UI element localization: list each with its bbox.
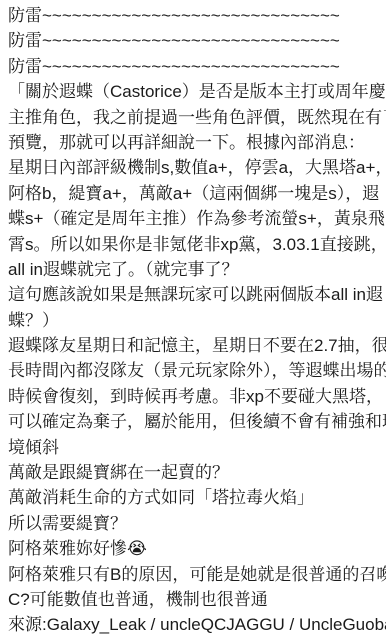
post-text-line: 「關於遐蝶（Castorice）是否是版本主打或周年慶 [8, 79, 386, 104]
post-text-line: 霄s。所以如果你是非氪佬非xp黨，3.03.1直接跳， [8, 232, 386, 257]
post-text-line-with-crying-emoji: 阿格萊雅妳好慘😭 [8, 536, 386, 561]
post-text-line: 阿格萊雅只有B的原因，可能是她就是很普通的召喚 [8, 562, 386, 587]
post-text-line: 時候會復刻，到時候再考慮。非xp不要碰大黑塔， [8, 384, 386, 409]
post-text-line: 遐蝶隊友星期日和記憶主，星期日不要在2.7抽，很 [8, 333, 386, 358]
post-text-line: 所以需要緹寶？ [8, 511, 386, 536]
post-text-line: 萬敵是跟緹寶綁在一起賣的？ [8, 460, 386, 485]
post-text-line: all in遐蝶就完了。（就完事了？ [8, 257, 386, 282]
post-text-line: C?可能數值也普通，機制也很普通 [8, 587, 386, 612]
post-text-line: 蝶？） [8, 308, 386, 333]
post-text-line: 可以確定為棄子，屬於能用，但後續不會有補強和環 [8, 409, 386, 434]
spoiler-warning-line: 防雷~~~~~~~~~~~~~~~~~~~~~~~~~~~~~~ [8, 3, 386, 28]
post-text-line: 長時間內都沒隊友（景元玩家除外），等遐蝶出場的 [8, 358, 386, 383]
post-text-line: 蝶s+（確定是周年主推）作為參考流螢s+，黃泉飛 [8, 206, 386, 231]
post-text-line: 萬敵消耗生命的方式如同「塔拉毒火焰」 [8, 485, 386, 510]
post-body: 防雷~~~~~~~~~~~~~~~~~~~~~~~~~~~~~~ 防雷~~~~~… [0, 0, 388, 638]
post-text-line: 主推角色，我之前提過一些角色評價，既然現在有了 [8, 105, 386, 130]
post-text-line: 阿格b，緹寶a+，萬敵a+（這兩個綁一塊是s），遐 [8, 181, 386, 206]
post-text-line: 星期日內部評級機制s,數值a+，停雲a，大黑塔a+， [8, 155, 386, 180]
spoiler-warning-line: 防雷~~~~~~~~~~~~~~~~~~~~~~~~~~~~~~ [8, 28, 386, 53]
post-text-line: 境傾斜 [8, 435, 386, 460]
source-credit-line: 來源:Galaxy_Leak / uncleQCJAGGU / UncleGuo… [8, 612, 386, 637]
post-text-line: 預覽，那就可以再詳細說一下。根據內部消息： [8, 130, 386, 155]
spoiler-warning-line: 防雷~~~~~~~~~~~~~~~~~~~~~~~~~~~~~~ [8, 54, 386, 79]
post-text-line: 這句應該說如果是無課玩家可以跳兩個版本all in遐 [8, 282, 386, 307]
